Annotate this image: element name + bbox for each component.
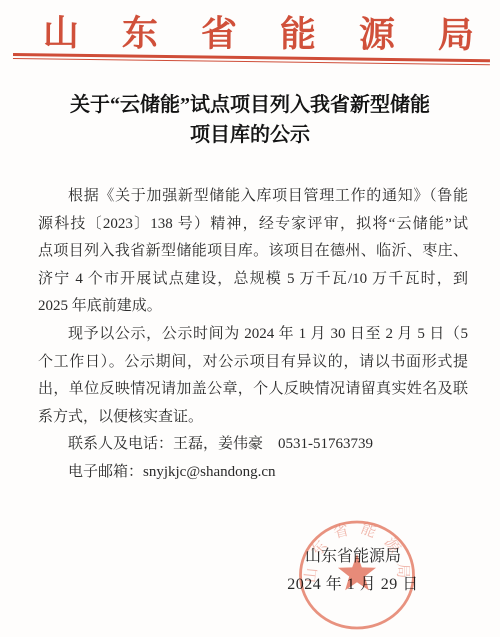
body-line: 个工作日）。公示期间，对公示项目有异议的，请以书面形式提: [38, 349, 468, 377]
body-line: 源科技〔2023〕138 号）精神，经专家评审，拟将“云储能”试: [38, 211, 468, 239]
signature-agency: 山东省能源局: [283, 549, 423, 565]
body-line: 现予以公示，公示时间为 2024 年 1 月 30 日至 2 月 5 日（5: [38, 321, 468, 349]
body-line: 系方式，以便核实查证。: [38, 404, 468, 432]
contact-phone-line: 联系人及电话：王磊，姜伟豪 0531-51763739: [38, 431, 468, 459]
letterhead-agency-name: 山东省能源局: [0, 5, 500, 59]
body-line: 济宁 4 个市开展试点建设，总规模 5 万千瓦/10 万千瓦时，到: [38, 266, 468, 294]
document-title-line1: 关于“云储能”试点项目列入我省新型储能: [10, 90, 490, 120]
body-line: 根据《关于加强新型储能入库项目管理工作的通知》（鲁能: [38, 183, 468, 211]
signature-block: 山东省能源局 2024 年 1 月 29 日: [283, 549, 423, 593]
body-line: 2025 年底前建成。: [38, 293, 468, 321]
contact-email-line: 电子邮箱：snyjkjc@shandong.cn: [38, 459, 468, 487]
document-title: 关于“云储能”试点项目列入我省新型储能 项目库的公示: [10, 90, 490, 150]
document-page: 山东省能源局 关于“云储能”试点项目列入我省新型储能 项目库的公示 根据《关于加…: [0, 0, 500, 637]
document-body: 根据《关于加强新型储能入库项目管理工作的通知》（鲁能 源科技〔2023〕138 …: [38, 183, 468, 487]
document-title-line2: 项目库的公示: [10, 120, 490, 150]
body-line: 点项目列入我省新型储能项目库。该项目在德州、临沂、枣庄、: [38, 238, 468, 266]
signature-date: 2024 年 1 月 29 日: [283, 577, 423, 593]
body-line: 出，单位反映情况请加盖公章，个人反映情况请留真实姓名及联: [38, 376, 468, 404]
